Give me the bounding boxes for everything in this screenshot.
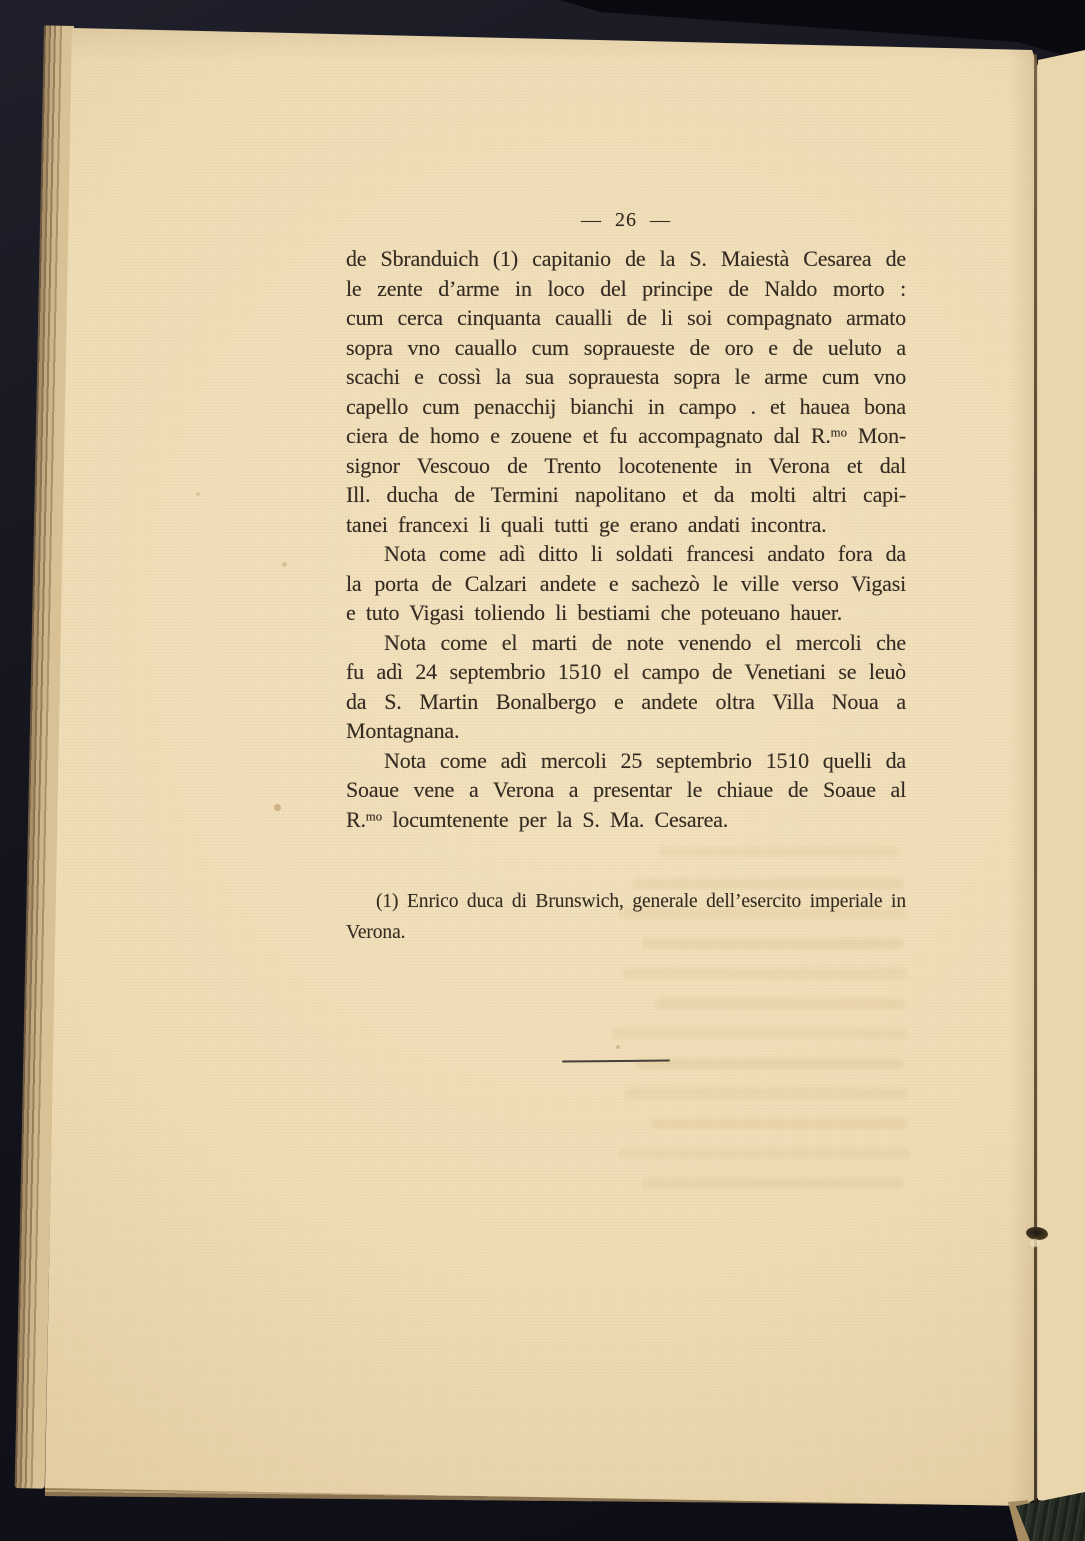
show-through-line [655,998,905,1009]
book-gutter-crease [1034,54,1037,1502]
text-line: fu adì 24 septembrio 1510 el campo de Ve… [346,657,906,687]
text-line: Ill. ducha de Termini napolitano et da m… [346,480,906,510]
text-line: Nota come adì ditto li soldati francesi … [346,539,906,569]
text-line: Nota come adì mercoli 25 septembrio 1510… [346,746,906,776]
text-line: tanei francexi li quali tutti ge erano a… [346,510,906,540]
text-line: capello cum penacchij bianchi in campo .… [346,392,906,422]
paper-speck [274,804,281,811]
text-line: da S. Martin Bonalbergo e andete oltra V… [346,687,906,717]
text-line: e tuto Vigasi toliendo li bestiami che p… [346,598,906,628]
show-through-line [618,1148,910,1159]
show-through-line [636,1058,904,1069]
paper-speck [282,562,287,567]
text-line: Nota come el marti de note venendo el me… [346,628,906,658]
text-line: R.mo locumtenente per la S. Ma. Cesarea. [346,805,906,835]
body-text: de Sbranduich (1) capitanio de la S. Mai… [346,244,906,834]
show-through-line [622,968,908,979]
text-line: cum cerca cinquanta caualli de li soi co… [346,303,906,333]
text-line: la porta de Calzari andete e sachezò le … [346,569,906,599]
text-line: Verona. [346,917,906,948]
footnote: (1) Enrico duca di Brunswich, generale d… [346,886,906,948]
paper-speck [616,1045,620,1049]
page-number: — 26 — [346,209,906,232]
show-through-line [650,1118,908,1129]
text-line: signor Vescouo de Trento locotenente in … [346,451,906,481]
text-line: Soaue vene a Verona a presentar le chiau… [346,775,906,805]
paper-speck [196,492,200,496]
book-page: — 26 — de Sbranduich (1) capitanio de la… [0,0,1085,1541]
text-line: scachi e cossì la sua soprauesta sopra l… [346,362,906,392]
text-line: Montagnana. [346,716,906,746]
text-line: (1) Enrico duca di Brunswich, generale d… [346,886,906,917]
text-line: ciera de homo e zouene et fu accompagnat… [346,421,906,451]
show-through-line [624,1088,908,1099]
text-line: de Sbranduich (1) capitanio de la S. Mai… [346,244,906,274]
text-line: sopra vno cauallo cum sopraueste de oro … [346,333,906,363]
show-through-line [642,1178,904,1189]
text-line: le zente d’arme in loco del principe de … [346,274,906,304]
show-through-line [612,1028,908,1039]
scanned-book-photo: — 26 — de Sbranduich (1) capitanio de la… [0,0,1085,1541]
show-through-line [660,846,900,857]
